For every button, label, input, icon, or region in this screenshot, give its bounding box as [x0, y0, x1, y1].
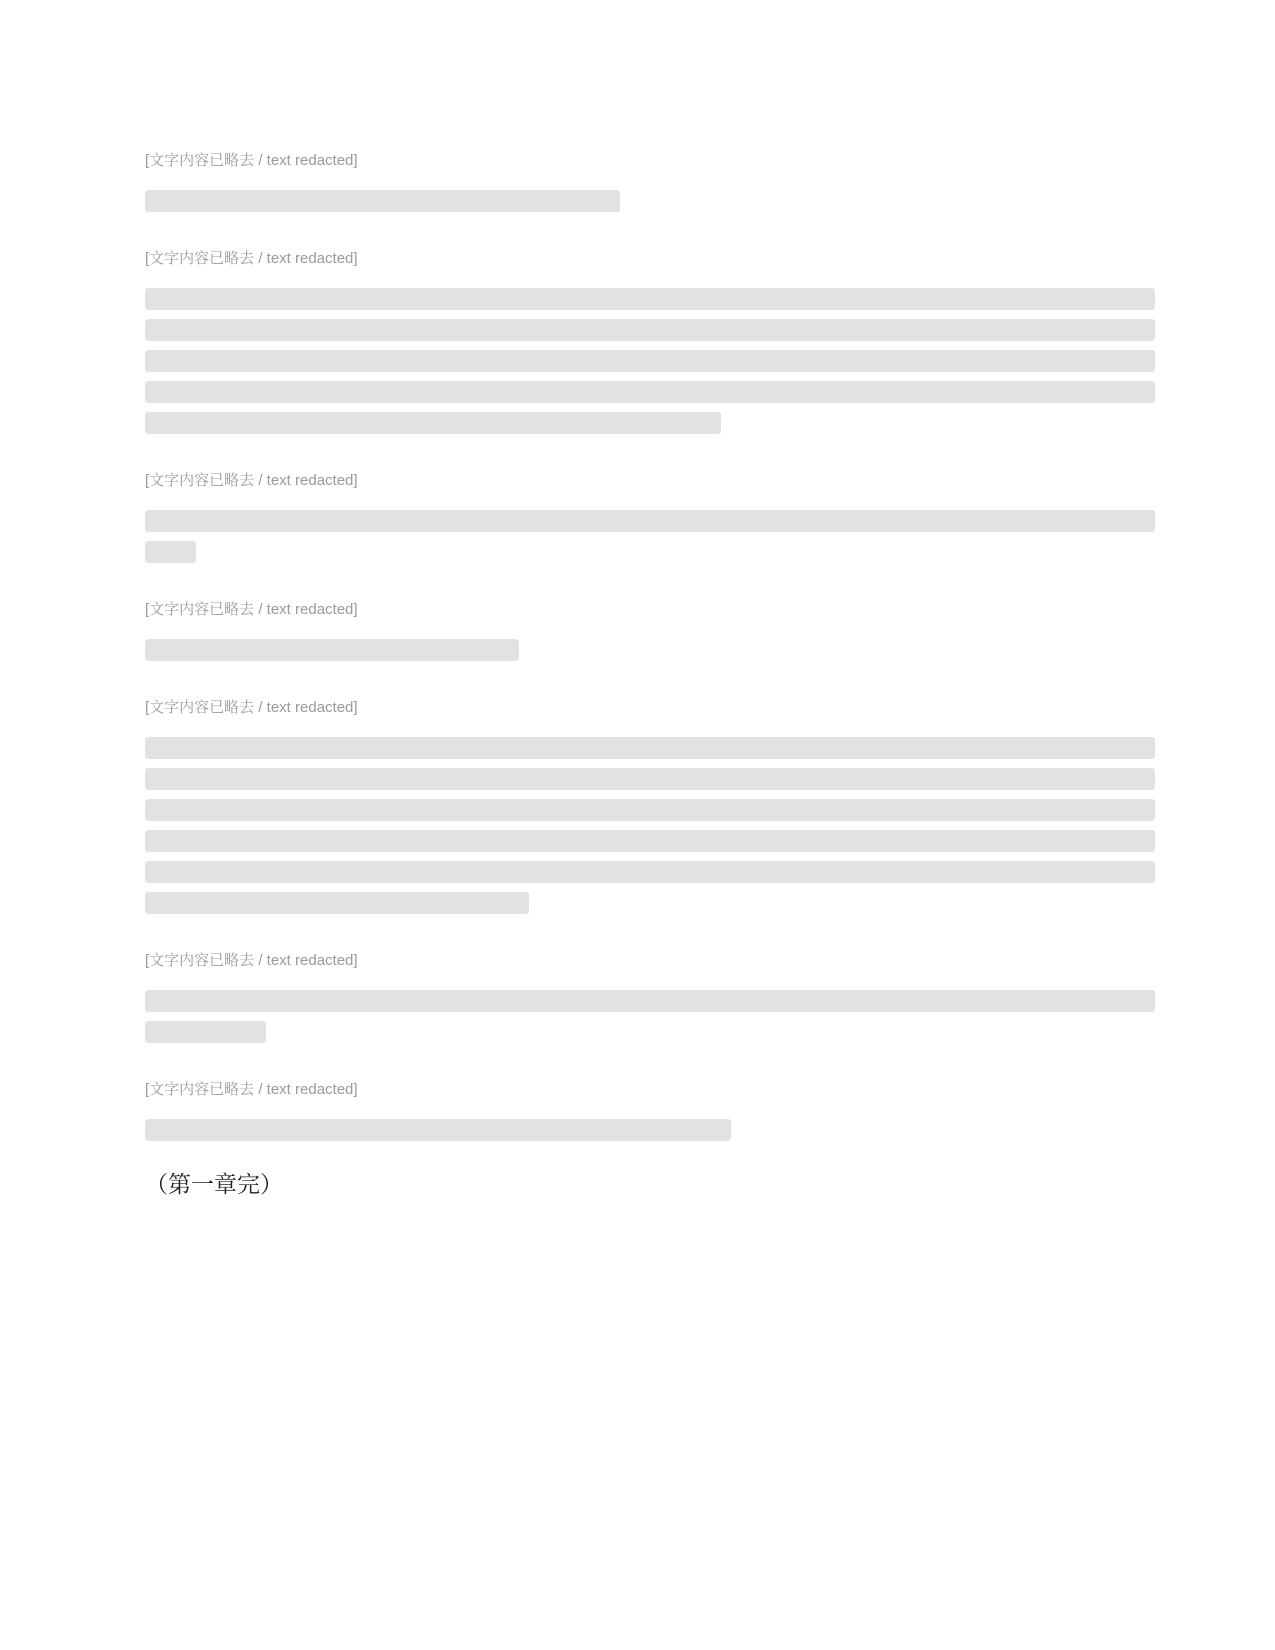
document-body: [文字内容已略去 / text redacted][文字内容已略去 / text… [145, 138, 1155, 1228]
redaction-label: [文字内容已略去 / text redacted] [145, 239, 358, 278]
document-page: [文字内容已略去 / text redacted][文字内容已略去 / text… [0, 0, 1275, 1650]
redaction-label: [文字内容已略去 / text redacted] [145, 688, 358, 727]
redacted-text-line [145, 892, 529, 914]
redacted-text-line [145, 639, 519, 661]
redaction-label: [文字内容已略去 / text redacted] [145, 1070, 358, 1109]
redacted-text-line [145, 412, 721, 434]
redacted-text-line [145, 381, 1155, 403]
paragraph-narrative: [文字内容已略去 / text redacted] [145, 236, 1155, 434]
redacted-text-line [145, 768, 1155, 790]
paragraph-narrative: [文字内容已略去 / text redacted] [145, 685, 1155, 914]
redacted-text-line [145, 190, 620, 212]
redacted-text-line [145, 541, 196, 563]
redacted-text-line [145, 510, 1155, 532]
redaction-label: [文字内容已略去 / text redacted] [145, 941, 358, 980]
redacted-text-line [145, 1119, 731, 1141]
redacted-text-line [145, 799, 1155, 821]
redacted-text-line [145, 990, 1155, 1012]
chapter-end-marker: （第一章完） [145, 1171, 283, 1197]
redacted-text-line [145, 861, 1155, 883]
redacted-text-line [145, 288, 1155, 310]
redacted-text-line [145, 319, 1155, 341]
redaction-label: [文字内容已略去 / text redacted] [145, 590, 358, 629]
redacted-text-line [145, 350, 1155, 372]
paragraph-dialogue: [文字内容已略去 / text redacted] [145, 938, 1155, 1043]
redacted-text-line [145, 737, 1155, 759]
paragraph-dialogue: [文字内容已略去 / text redacted] [145, 138, 1155, 212]
redaction-label: [文字内容已略去 / text redacted] [145, 461, 358, 500]
redacted-text-line [145, 830, 1155, 852]
paragraph-narrative: [文字内容已略去 / text redacted] [145, 1067, 1155, 1141]
paragraph-narrative: [文字内容已略去 / text redacted] [145, 458, 1155, 563]
redaction-label: [文字内容已略去 / text redacted] [145, 141, 358, 180]
paragraph-chapter_end: （第一章完） [145, 1165, 1155, 1204]
redacted-text-line [145, 1021, 266, 1043]
paragraph-dialogue: [文字内容已略去 / text redacted] [145, 587, 1155, 661]
